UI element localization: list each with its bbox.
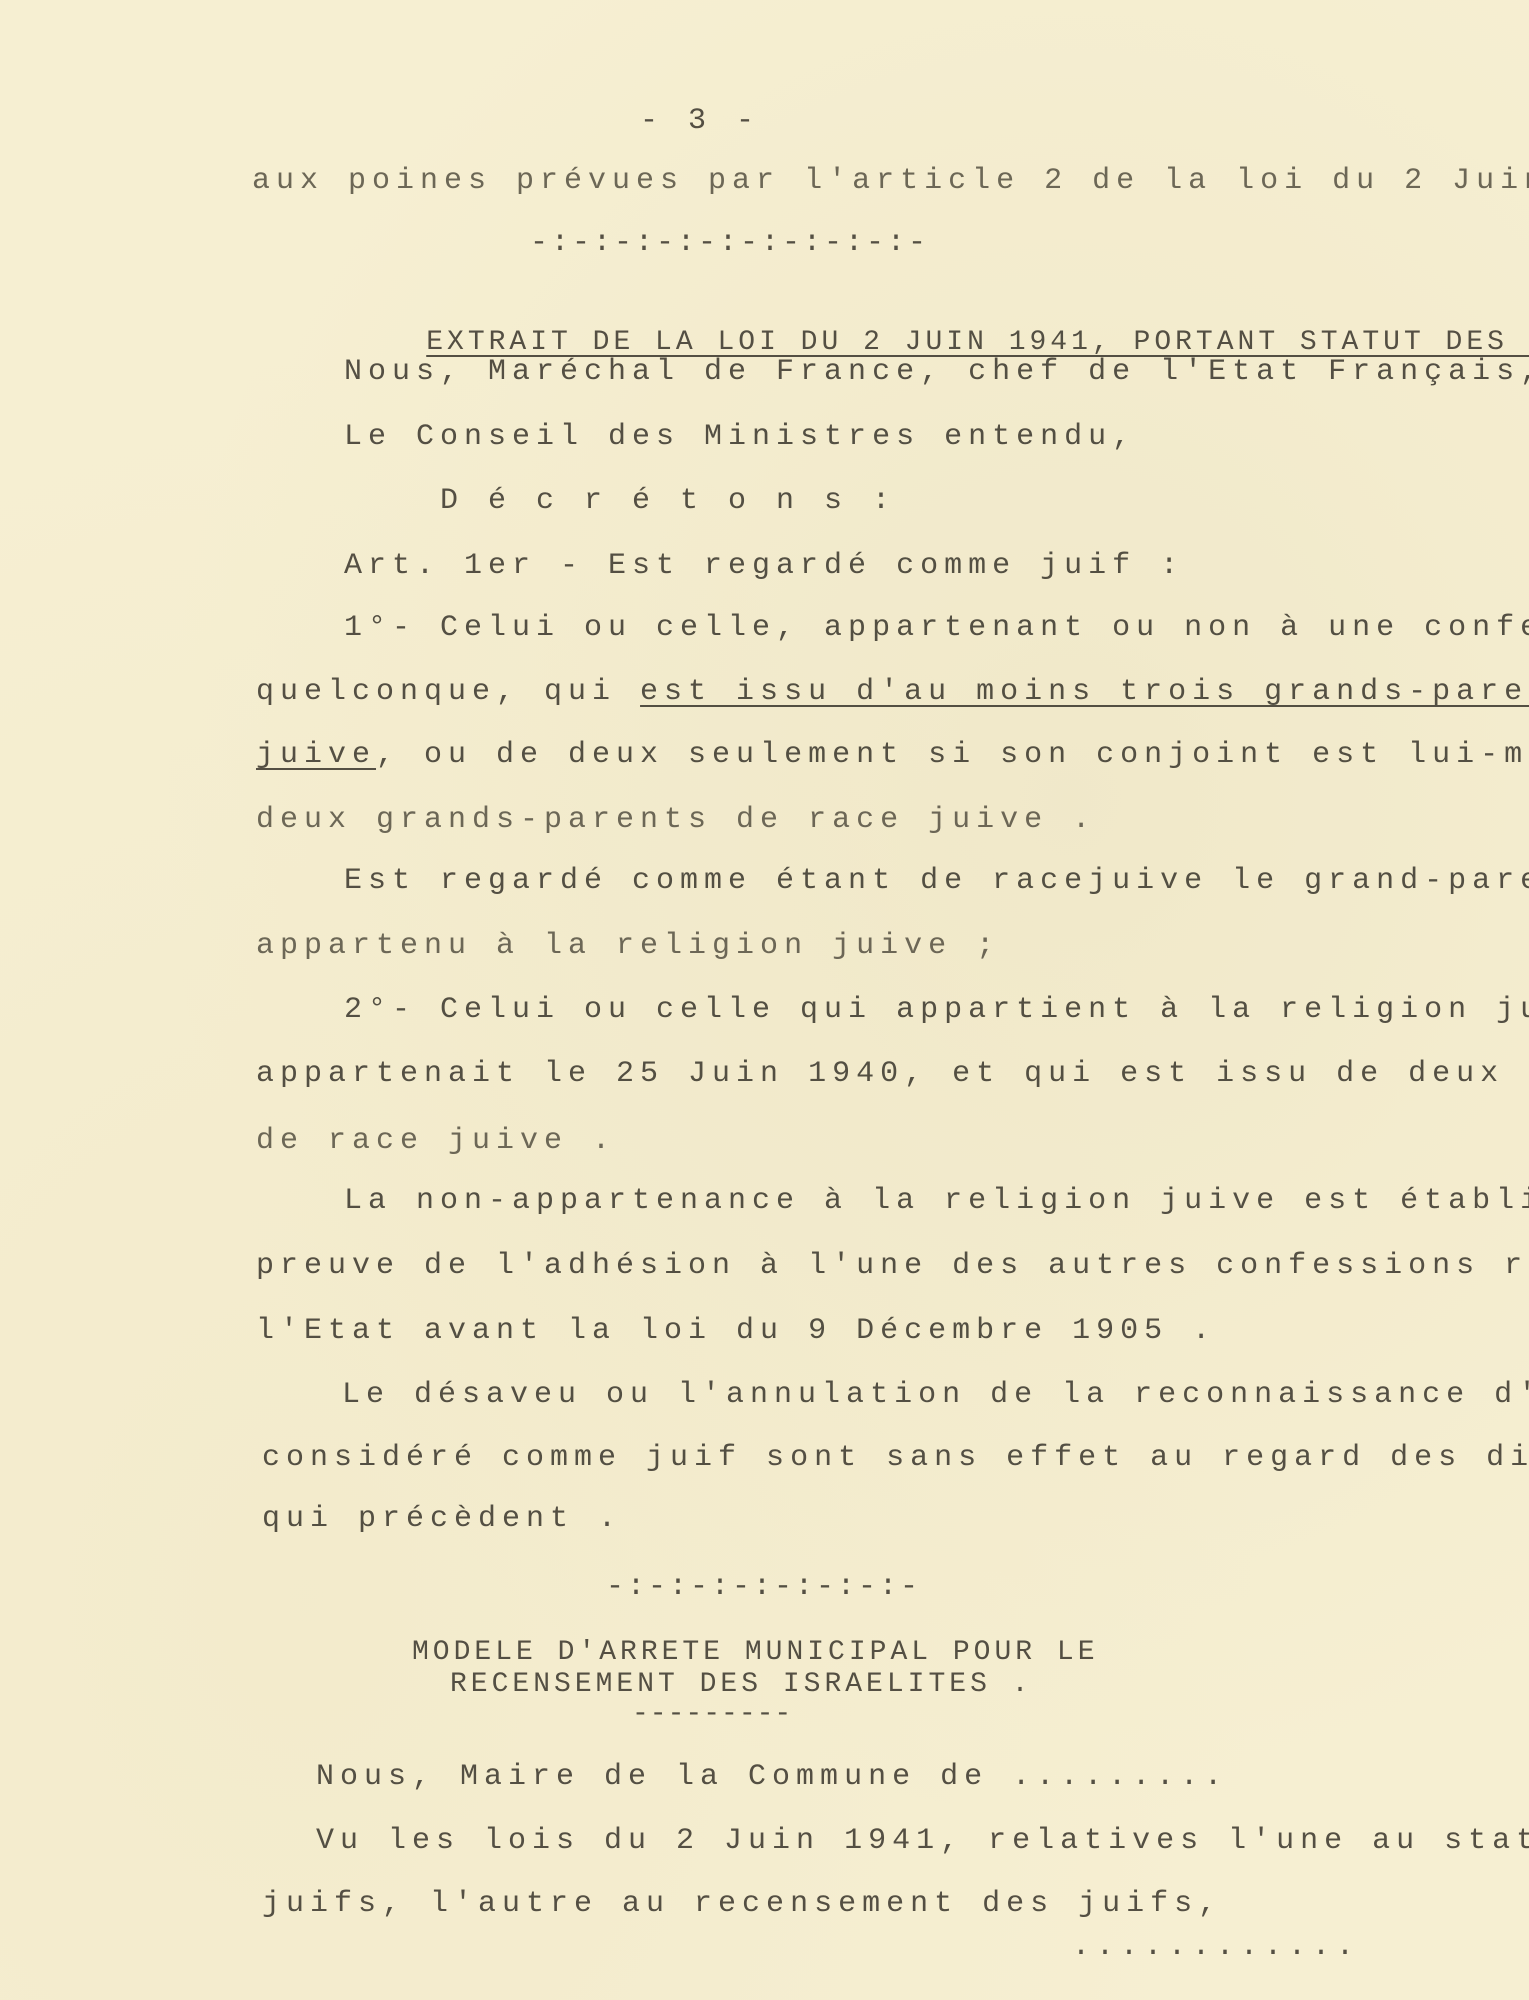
trailing-dots: ............ xyxy=(1072,1930,1360,1964)
para1-text: , ou de deux seulement si son conjoint e… xyxy=(376,738,1529,772)
model-title-line1: MODELE D'ARRETE MUNICIPAL POUR LE xyxy=(412,1636,1099,1670)
preamble-line: Le Conseil des Ministres entendu, xyxy=(344,420,1136,454)
para5-line: Le désaveu ou l'annulation de la reconna… xyxy=(342,1378,1529,1412)
article-heading: Art. 1er - Est regardé comme juif : xyxy=(344,549,1184,583)
model-line: Nous, Maire de la Commune de ......... xyxy=(316,1760,1228,1794)
model-line: Vu les lois du 2 Juin 1941, relatives l'… xyxy=(316,1824,1529,1858)
para2-line: appartenu à la religion juive ; xyxy=(256,929,1000,963)
decree-heading: D é c r é t o n s : xyxy=(440,484,896,518)
para3-line: de race juive . xyxy=(256,1124,616,1158)
model-title-rule: --------- xyxy=(632,1698,792,1732)
para1-line: juive, ou de deux seulement si son conjo… xyxy=(256,738,1529,772)
para5-line: qui précèdent . xyxy=(262,1502,622,1536)
intro-line: aux poines prévues par l'article 2 de la… xyxy=(252,164,1529,198)
section-separator: -:-:-:-:-:-:-:-:-:- xyxy=(530,226,929,260)
para3-line: 2°- Celui ou celle qui appartient à la r… xyxy=(344,993,1529,1027)
para1-line: 1°- Celui ou celle, appartenant ou non à… xyxy=(344,611,1529,645)
para1-text: quelconque, qui xyxy=(256,675,640,709)
underlined-phrase: est issu d'au moins trois grands-parents… xyxy=(640,675,1529,709)
para4-line: La non-appartenance à la religion juive … xyxy=(344,1184,1529,1218)
model-title-line2: RECENSEMENT DES ISRAELITES . xyxy=(450,1668,1032,1702)
para1-line: quelconque, qui est issu d'au moins troi… xyxy=(256,675,1529,709)
page-number: - 3 - xyxy=(640,104,760,138)
model-line: juifs, l'autre au recensement des juifs, xyxy=(262,1887,1222,1921)
para4-line: preuve de l'adhésion à l'une des autres … xyxy=(256,1249,1529,1283)
para2-line: Est regardé comme étant de racejuive le … xyxy=(344,864,1529,898)
para3-line: appartenait le 25 Juin 1940, et qui est … xyxy=(256,1057,1529,1091)
para4-line: l'Etat avant la loi du 9 Décembre 1905 . xyxy=(256,1314,1216,1348)
para1-line: deux grands-parents de race juive . xyxy=(256,803,1096,837)
para5-line: considéré comme juif sont sans effet au … xyxy=(262,1441,1529,1475)
section-separator: -:-:-:-:-:-:-:- xyxy=(606,1570,921,1604)
extract-title-text: EXTRAIT DE LA LOI DU 2 JUIN 1941, PORTAN… xyxy=(426,327,1529,358)
underlined-word: juive xyxy=(256,738,376,772)
preamble-line: Nous, Maréchal de France, chef de l'Etat… xyxy=(344,355,1529,389)
